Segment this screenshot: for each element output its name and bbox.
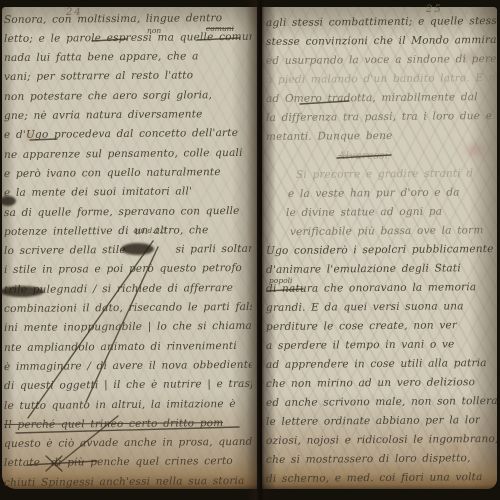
manuscript-page-right [262, 7, 497, 489]
manuscript-page-left [2, 7, 257, 489]
manuscript-photo: Sonora, con moltissima, lingue dentrolet… [0, 0, 500, 500]
